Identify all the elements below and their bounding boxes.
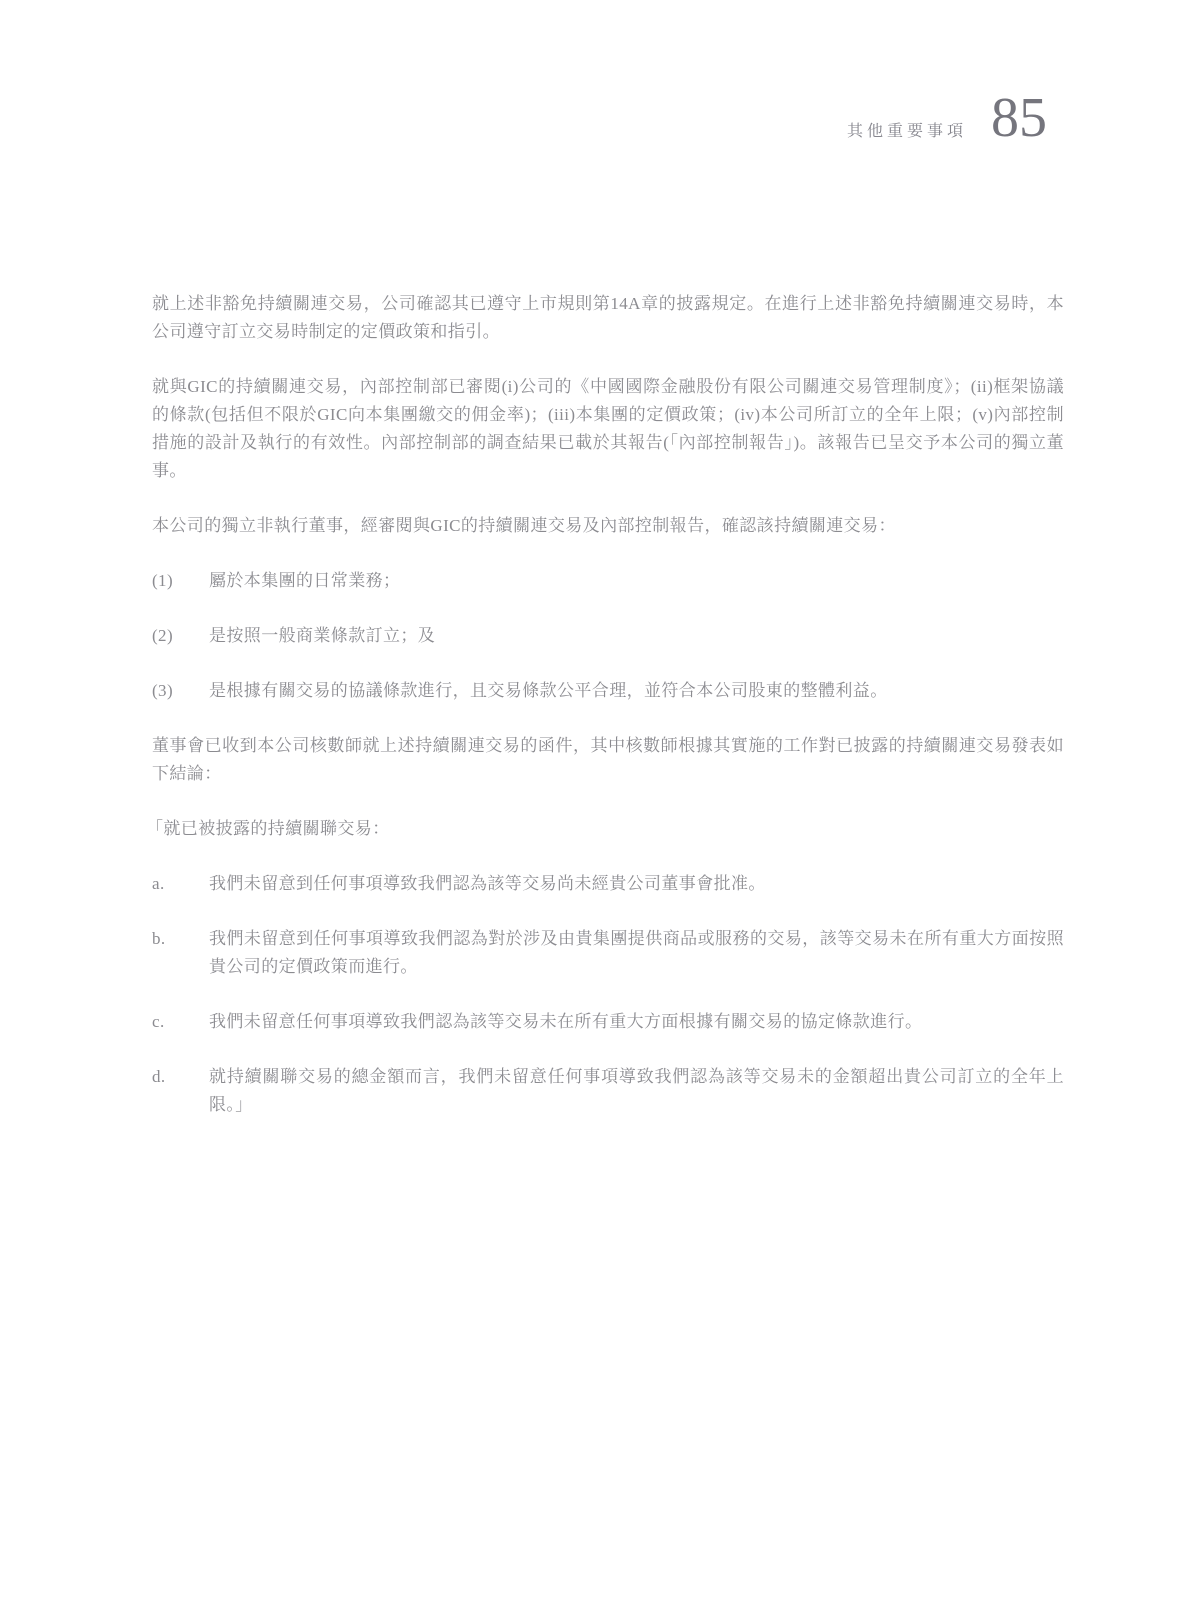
body-paragraph-compliance: 就上述非豁免持續關連交易，公司確認其已遵守上市規則第14A章的披露規定。在進行上… [152,290,1064,346]
document-page: 其他重要事項 85 就上述非豁免持續關連交易，公司確認其已遵守上市規則第14A章… [0,0,1190,1615]
numbered-list-item: (2) 是按照一般商業條款訂立；及 [152,622,1064,650]
list-item-label: c. [152,1008,209,1036]
page-header: 其他重要事項 85 [847,90,1047,146]
lettered-list-item: b. 我們未留意到任何事項導致我們認為對於涉及由貴集團提供商品或服務的交易，該等… [152,925,1064,981]
body-paragraph-ined-confirmation: 本公司的獨立非執行董事，經審閱與GIC的持續關連交易及內部控制報告，確認該持續關… [152,512,1064,540]
list-item-text: 我們未留意到任何事項導致我們認為該等交易尚未經貴公司董事會批准。 [209,870,1064,898]
list-item-label: (2) [152,622,209,650]
list-item-label: a. [152,870,209,898]
lettered-list-item: a. 我們未留意到任何事項導致我們認為該等交易尚未經貴公司董事會批准。 [152,870,1064,898]
page-content: 就上述非豁免持續關連交易，公司確認其已遵守上市規則第14A章的披露規定。在進行上… [152,290,1064,1146]
list-item-label: (3) [152,677,209,705]
lettered-list-item: d. 就持續關聯交易的總金額而言，我們未留意任何事項導致我們認為該等交易未的金額… [152,1063,1064,1119]
list-item-label: d. [152,1063,209,1119]
body-paragraph-internal-control-review: 就與GIC的持續關連交易，內部控制部已審閱(i)公司的《中國國際金融股份有限公司… [152,373,1064,485]
lettered-list-item: c. 我們未留意任何事項導致我們認為該等交易未在所有重大方面根據有關交易的協定條… [152,1008,1064,1036]
section-label: 其他重要事項 [847,118,967,141]
body-paragraph-auditor-letter: 董事會已收到本公司核數師就上述持續關連交易的函件，其中核數師根據其實施的工作對已… [152,732,1064,788]
list-item-label: b. [152,925,209,981]
list-item-text: 是按照一般商業條款訂立；及 [209,622,1064,650]
numbered-list-item: (3) 是根據有關交易的協議條款進行，且交易條款公平合理，並符合本公司股東的整體… [152,677,1064,705]
list-item-text: 我們未留意任何事項導致我們認為該等交易未在所有重大方面根據有關交易的協定條款進行… [209,1008,1064,1036]
list-item-text: 屬於本集團的日常業務； [209,567,1064,595]
list-item-text: 是根據有關交易的協議條款進行，且交易條款公平合理，並符合本公司股東的整體利益。 [209,677,1064,705]
list-item-text: 我們未留意到任何事項導致我們認為對於涉及由貴集團提供商品或服務的交易，該等交易未… [209,925,1064,981]
list-item-label: (1) [152,567,209,595]
quote-intro: 「就已被披露的持續關聯交易： [152,815,1064,843]
numbered-list-item: (1) 屬於本集團的日常業務； [152,567,1064,595]
page-number: 85 [991,90,1047,146]
list-item-text: 就持續關聯交易的總金額而言，我們未留意任何事項導致我們認為該等交易未的金額超出貴… [209,1063,1064,1119]
